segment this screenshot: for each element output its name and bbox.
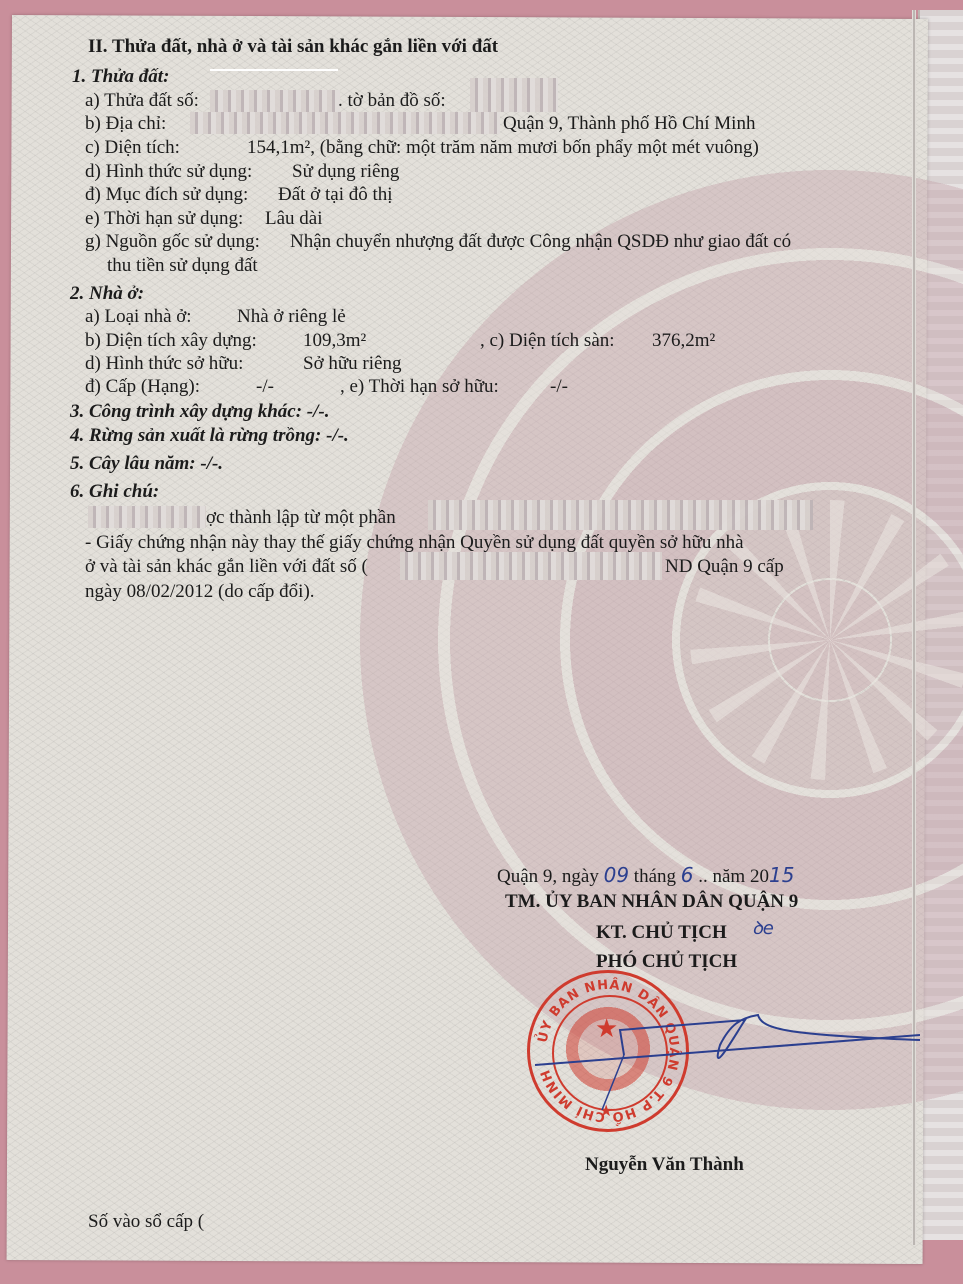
authority: TM. ỦY BAN NHÂN DÂN QUẬN 9 (505, 891, 798, 913)
section-title: II. Thửa đất, nhà ở và tài sản khác gắn … (88, 36, 498, 58)
note-line-2: - Giấy chứng nhận này thay thế giấy chứn… (85, 532, 744, 554)
place-date: Quận 9, ngày 09 tháng 6 .. năm 2015 (497, 864, 794, 888)
month-label: tháng (634, 866, 676, 887)
handwritten-signature (500, 990, 920, 1110)
grade-label: đ) Cấp (Hạng): (85, 376, 200, 398)
register-label: Số vào sổ cấp ( (88, 1211, 204, 1233)
use-form-value: Sử dụng riêng (292, 161, 399, 183)
land-heading: 1. Thửa đất: (72, 66, 169, 88)
year-label: năm 20 (713, 866, 769, 887)
redaction-line (210, 69, 338, 71)
address-label: b) Địa chỉ: (85, 113, 166, 135)
ownership-value: Sở hữu riêng (303, 353, 401, 375)
note-line-3-start: ở và tài sản khác gắn liền với đất số ( (85, 556, 368, 578)
initials: ꝺe (752, 918, 774, 940)
house-heading: 2. Nhà ở: (70, 283, 144, 305)
other-works: 3. Công trình xây dựng khác: -/-. (70, 401, 329, 423)
origin-label: g) Nguồn gốc sử dụng: (85, 231, 260, 253)
build-area-value: 109,3m² (303, 330, 366, 352)
area-value: 154,1m², (bằng chữ: một trăm năm mươi bố… (247, 137, 759, 159)
redacted-note-end (428, 500, 813, 530)
on-behalf: KT. CHỦ TỊCH (596, 922, 727, 944)
ownership-label: d) Hình thức sở hữu: (85, 353, 243, 375)
perennial-trees: 5. Cây lâu năm: -/-. (70, 453, 223, 475)
house-type-value: Nhà ở riêng lẻ (237, 306, 346, 328)
redacted-parcel-number (210, 90, 340, 112)
purpose-value: Đất ở tại đô thị (278, 184, 393, 206)
date-month: 6 (681, 863, 694, 887)
term-value: Lâu dài (265, 208, 323, 230)
signer-name: Nguyễn Văn Thành (585, 1154, 744, 1176)
use-form-label: d) Hình thức sử dụng: (85, 161, 252, 183)
own-term-label: , e) Thời hạn sở hữu: (340, 376, 499, 398)
redacted-old-certificate (400, 552, 662, 580)
purpose-label: đ) Mục đích sử dụng: (85, 184, 248, 206)
grade-value: -/- (256, 376, 274, 398)
build-area-label: b) Diện tích xây dựng: (85, 330, 257, 352)
redacted-map-sheet (470, 78, 558, 112)
floor-area-label: , c) Diện tích sàn: (480, 330, 615, 352)
term-label: e) Thời hạn sử dụng: (85, 208, 243, 230)
place-date-prefix: Quận 9, ngày (497, 866, 599, 887)
notes-heading: 6. Ghi chú: (70, 481, 159, 503)
parcel-label: a) Thửa đất số: (85, 90, 199, 112)
note-line-3-end: ND Quận 9 cấp (665, 556, 784, 578)
origin-value-cont: thu tiền sử dụng đất (107, 255, 258, 277)
note-line-1: ợc thành lập từ một phần (206, 507, 396, 529)
area-label: c) Diện tích: (85, 137, 180, 159)
floor-area-value: 376,2m² (652, 330, 715, 352)
address-value: Quận 9, Thành phố Hồ Chí Minh (503, 113, 755, 135)
date-day: 09 (604, 863, 629, 887)
note-line-4: ngày 08/02/2012 (do cấp đổi). (85, 581, 315, 603)
origin-value: Nhận chuyển nhượng đất được Công nhận QS… (290, 231, 791, 253)
redacted-street-address (190, 112, 500, 134)
redacted-note-start (88, 506, 206, 528)
production-forest: 4. Rừng sản xuất là rừng trồng: -/-. (70, 425, 349, 447)
house-type-label: a) Loại nhà ở: (85, 306, 192, 328)
map-sheet-label: . tờ bản đồ số: (338, 90, 446, 112)
own-term-value: -/- (550, 376, 568, 398)
date-year-suffix: 15 (769, 863, 794, 887)
